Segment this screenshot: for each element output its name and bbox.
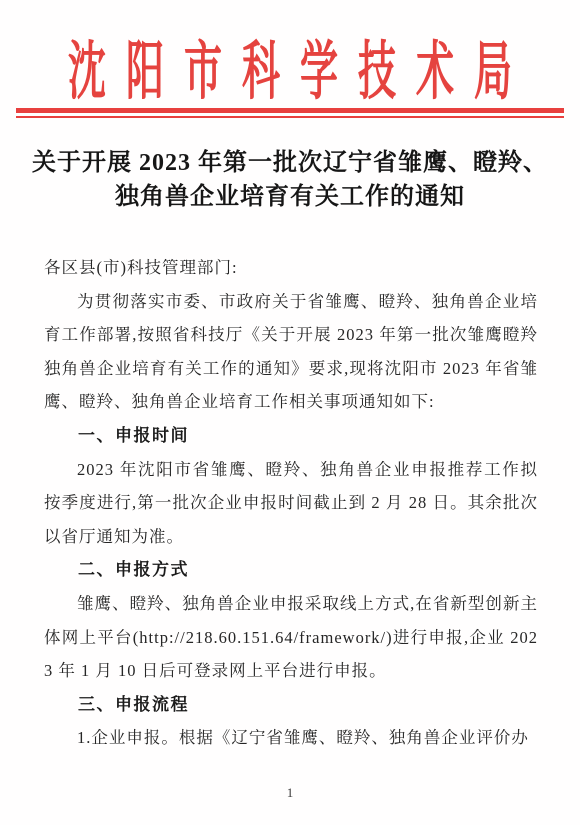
document-title: 关于开展 2023 年第一批次辽宁省雏鹰、瞪羚、 独角兽企业培育有关工作的通知 <box>20 146 560 214</box>
section-3-body: 1.企业申报。根据《辽宁省雏鹰、瞪羚、独角兽企业评价办 <box>44 721 538 755</box>
section-3-heading: 三、申报流程 <box>44 688 538 722</box>
page-number: 1 <box>0 785 580 801</box>
letterhead-rule <box>16 108 564 118</box>
agency-name: 沈阳市科学技术局 <box>48 19 532 111</box>
document-body: 各区县(市)科技管理部门: 为贯彻落实市委、市政府关于省雏鹰、瞪羚、独角兽企业培… <box>44 251 538 755</box>
section-1-body: 2023 年沈阳市省雏鹰、瞪羚、独角兽企业申报推荐工作拟按季度进行,第一批次企业… <box>44 453 538 554</box>
title-line-1: 关于开展 2023 年第一批次辽宁省雏鹰、瞪羚、 <box>20 146 560 180</box>
letterhead: 沈阳市科学技术局 <box>0 30 580 100</box>
section-2-body: 雏鹰、瞪羚、独角兽企业申报采取线上方式,在省新型创新主体网上平台(http://… <box>44 587 538 688</box>
document-page: 沈阳市科学技术局 关于开展 2023 年第一批次辽宁省雏鹰、瞪羚、 独角兽企业培… <box>0 0 580 825</box>
intro-paragraph: 为贯彻落实市委、市政府关于省雏鹰、瞪羚、独角兽企业培育工作部署,按照省科技厅《关… <box>44 285 538 419</box>
title-line-2: 独角兽企业培育有关工作的通知 <box>20 180 560 214</box>
section-2-heading: 二、申报方式 <box>44 553 538 587</box>
salutation: 各区县(市)科技管理部门: <box>44 251 538 285</box>
section-1-heading: 一、申报时间 <box>44 419 538 453</box>
